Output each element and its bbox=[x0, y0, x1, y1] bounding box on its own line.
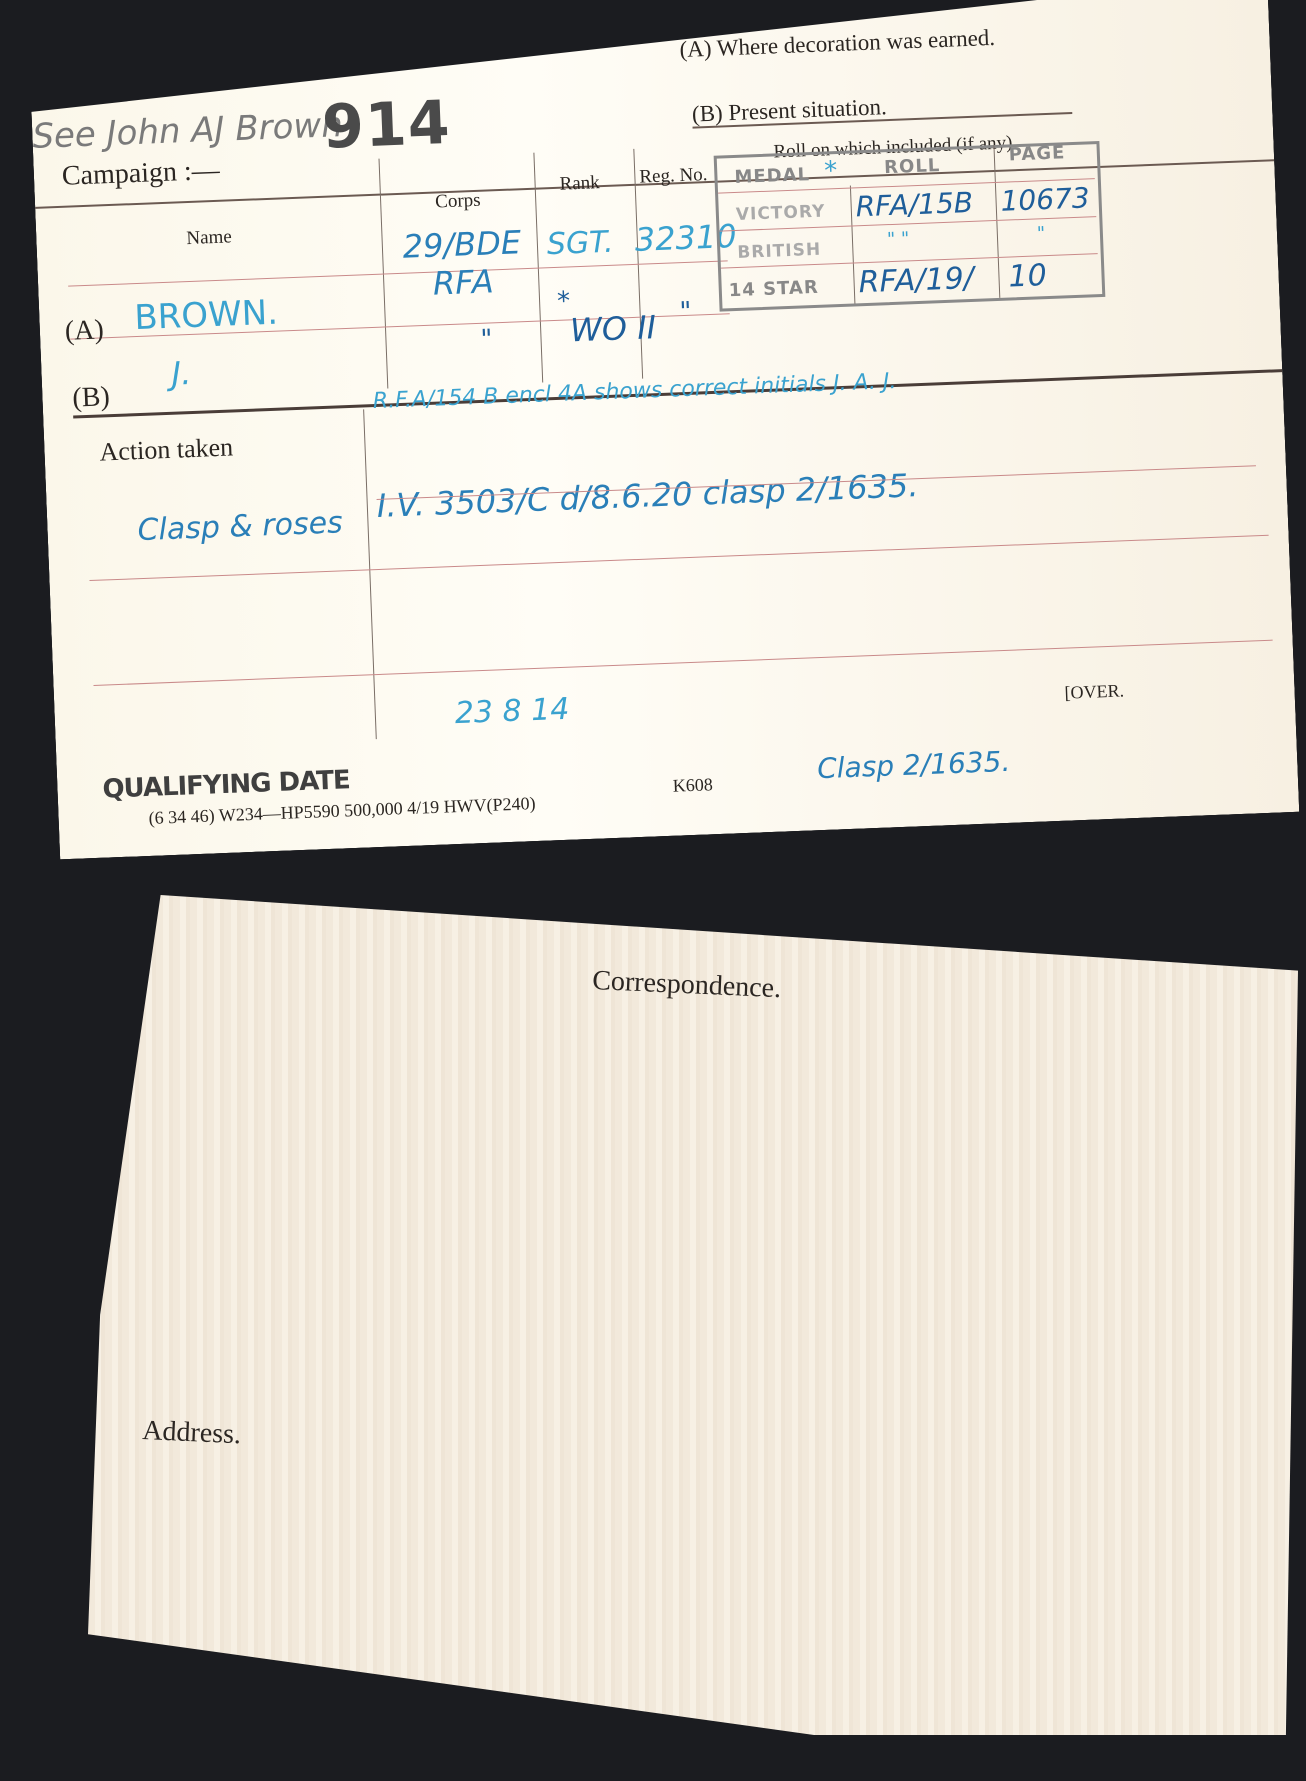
qualifying-date-stamp: QUALIFYING DATE bbox=[102, 765, 350, 804]
roll-british: " " bbox=[887, 228, 910, 250]
row-b-name: J. bbox=[171, 354, 192, 393]
roll-victory: RFA/15B bbox=[855, 186, 974, 223]
medal-british: BRITISH bbox=[737, 240, 821, 263]
medal-index-card-front: See John AJ Brown 914 Campaign :— (A) Wh… bbox=[28, 0, 1299, 859]
clasp-note: Clasp 2/1635. bbox=[817, 745, 1011, 785]
page-british: " bbox=[1036, 223, 1045, 244]
medal-1914-star: 14 STAR bbox=[728, 277, 819, 301]
print-code-k: K608 bbox=[672, 774, 713, 797]
row-b-reg-no: " bbox=[679, 297, 692, 327]
action-left: Clasp & roses bbox=[137, 505, 343, 548]
divider bbox=[363, 409, 377, 739]
column-header-rank: Rank bbox=[559, 172, 600, 196]
medal-header: MEDAL bbox=[734, 164, 810, 188]
asterisk-mark: * bbox=[824, 156, 838, 186]
action-taken-label: Action taken bbox=[99, 432, 234, 467]
row-a-name: BROWN. bbox=[134, 293, 279, 338]
column-header-corps: Corps bbox=[435, 190, 481, 214]
card-number-stamp: 914 bbox=[321, 88, 452, 163]
roll-1914-star: RFA/19/ bbox=[858, 261, 975, 300]
where-earned-label: (A) Where decoration was earned. bbox=[679, 25, 995, 63]
pencil-note: See John AJ Brown bbox=[32, 105, 344, 157]
page-1914-star: 10 bbox=[1008, 258, 1048, 294]
medal-index-card-back: Correspondence. Address. bbox=[88, 895, 1298, 1735]
roll-col-header: ROLL bbox=[884, 155, 941, 178]
row-b-corps: " bbox=[480, 324, 493, 354]
row-b-rank: WO II bbox=[570, 308, 657, 349]
campaign-label: Campaign :— bbox=[61, 155, 220, 193]
column-header-reg-no: Reg. No. bbox=[639, 164, 708, 189]
row-a-rank: SGT. bbox=[546, 225, 614, 263]
remarks-line: R.F.A/154 B encl 4A shows correct initia… bbox=[372, 369, 896, 414]
medal-victory: VICTORY bbox=[736, 202, 826, 225]
correspondence-label: Correspondence. bbox=[592, 965, 782, 1005]
date-note: 23 8 14 bbox=[454, 692, 570, 731]
over-label: [OVER. bbox=[1064, 680, 1124, 703]
row-b-label: (B) bbox=[72, 381, 111, 414]
address-label: Address. bbox=[142, 1415, 242, 1451]
page-victory: 10673 bbox=[1000, 181, 1090, 217]
page-col-header: PAGE bbox=[1008, 142, 1065, 165]
row-a-corps: 29/BDE RFA bbox=[391, 223, 534, 304]
row-a-label: (A) bbox=[64, 314, 104, 347]
column-header-name: Name bbox=[186, 226, 232, 250]
row-rule bbox=[93, 640, 1272, 686]
